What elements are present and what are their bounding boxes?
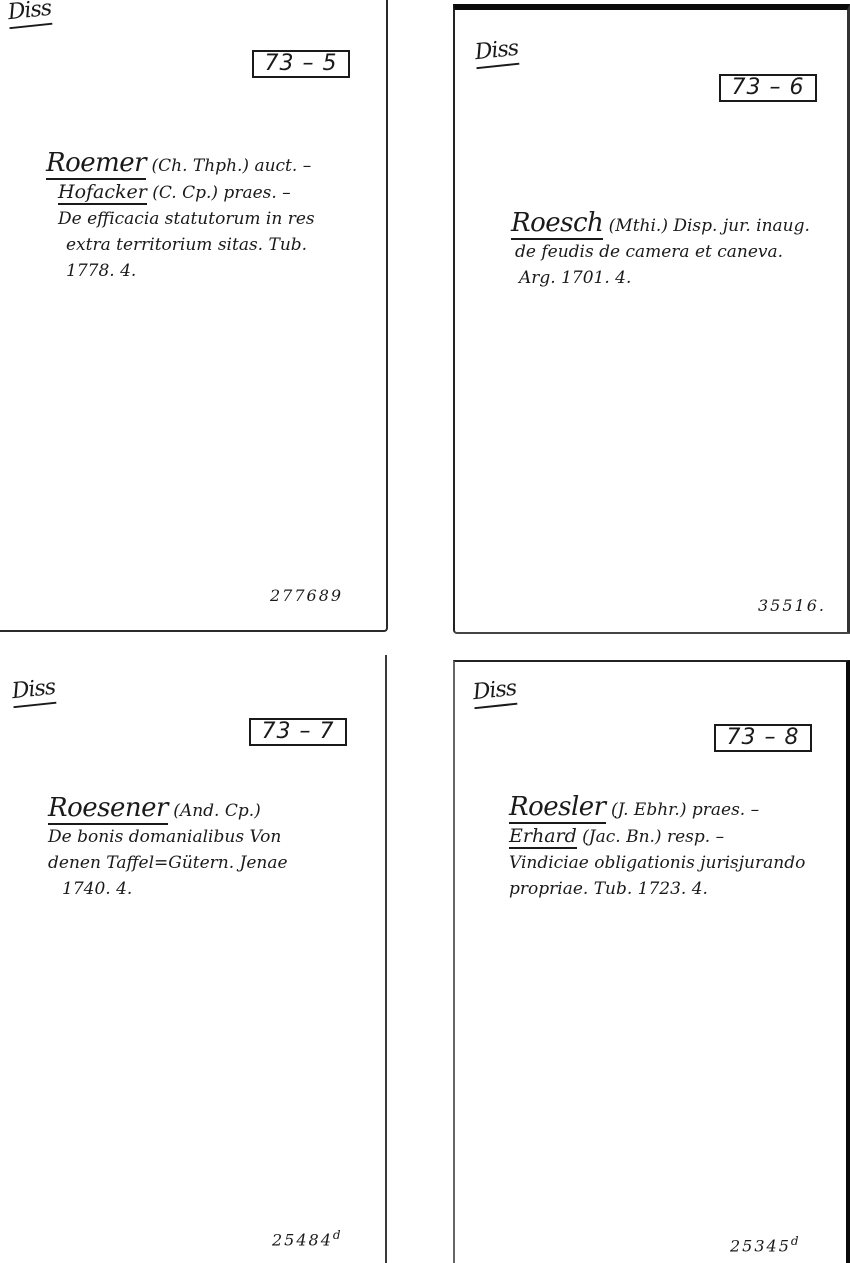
catalog-card-73-8: Diss 73 – 8 Roesler (J. Ebhr.) praes. – …: [453, 660, 850, 1263]
catalog-card-73-7: Diss 73 – 7 Roesener (And. Cp.) De bonis…: [0, 655, 387, 1263]
accession-number: 25345d: [730, 1234, 801, 1255]
author-details: (Mthi.) Disp. jur. inaug.: [603, 216, 810, 236]
title-line: De bonis domanialibus Von: [48, 824, 288, 850]
accession-digits: 25484: [272, 1230, 333, 1249]
accession-number: 25484d: [272, 1228, 343, 1249]
call-number: 73 – 7: [249, 718, 347, 746]
accession-suffix: d: [333, 1228, 343, 1242]
title-line: denen Taffel=Gütern. Jenae: [48, 850, 288, 876]
author-details: (And. Cp.): [168, 801, 261, 821]
imprint-line: Arg. 1701. 4.: [511, 265, 810, 291]
author-name: Roemer: [46, 148, 146, 180]
praeses-details: (J. Ebhr.) praes. –: [606, 800, 760, 820]
bibliographic-entry: Roesener (And. Cp.) De bonis domanialibu…: [48, 795, 288, 902]
call-number: 73 – 6: [719, 74, 817, 102]
entry-line: Roesch (Mthi.) Disp. jur. inaug.: [511, 210, 810, 239]
praeses-details: (C. Cp.) praes. –: [147, 183, 291, 203]
accession-digits: 25345: [730, 1236, 791, 1255]
accession-number: 35516.: [758, 596, 826, 615]
call-number: 73 – 5: [252, 50, 350, 78]
respondent-details: (Jac. Bn.) resp. –: [577, 827, 724, 847]
catalog-card-73-6: Diss 73 – 6 Roesch (Mthi.) Disp. jur. in…: [453, 4, 850, 634]
author-name: Roesch: [511, 208, 603, 240]
bibliographic-entry: Roesler (J. Ebhr.) praes. – Erhard (Jac.…: [509, 794, 805, 902]
diss-label: Diss: [11, 675, 57, 708]
entry-line: Roesener (And. Cp.): [48, 795, 288, 824]
diss-label: Diss: [7, 0, 53, 29]
title-line: Vindiciae obligationis jurisjurando: [509, 850, 805, 876]
entry-line: Erhard (Jac. Bn.) resp. –: [509, 823, 805, 850]
bibliographic-entry: Roemer (Ch. Thph.) auct. – Hofacker (C. …: [46, 150, 315, 284]
praeses-name: Roesler: [509, 792, 606, 824]
accession-number: 277689: [270, 586, 343, 605]
imprint-line: 1740. 4.: [48, 876, 288, 902]
entry-line: Roemer (Ch. Thph.) auct. –: [46, 150, 315, 179]
praeses-name: Hofacker: [58, 181, 147, 205]
diss-label: Diss: [472, 676, 518, 709]
title-line: extra territorium sitas. Tub.: [46, 232, 315, 258]
entry-line: Hofacker (C. Cp.) praes. –: [46, 179, 315, 206]
imprint-line: 1778. 4.: [46, 258, 315, 284]
diss-label: Diss: [474, 36, 520, 69]
catalog-card-73-5: Diss 73 – 5 Roemer (Ch. Thph.) auct. – H…: [0, 0, 388, 632]
entry-line: Roesler (J. Ebhr.) praes. –: [509, 794, 805, 823]
bibliographic-entry: Roesch (Mthi.) Disp. jur. inaug. de feud…: [511, 210, 810, 291]
author-details: (Ch. Thph.) auct. –: [146, 156, 311, 176]
author-name: Roesener: [48, 793, 168, 825]
accession-suffix: d: [791, 1234, 801, 1248]
title-line: de feudis de camera et caneva.: [511, 239, 810, 265]
imprint-line: propriae. Tub. 1723. 4.: [509, 876, 805, 902]
call-number: 73 – 8: [714, 724, 812, 752]
respondent-name: Erhard: [509, 825, 577, 849]
title-line: De efficacia statutorum in res: [46, 206, 315, 232]
